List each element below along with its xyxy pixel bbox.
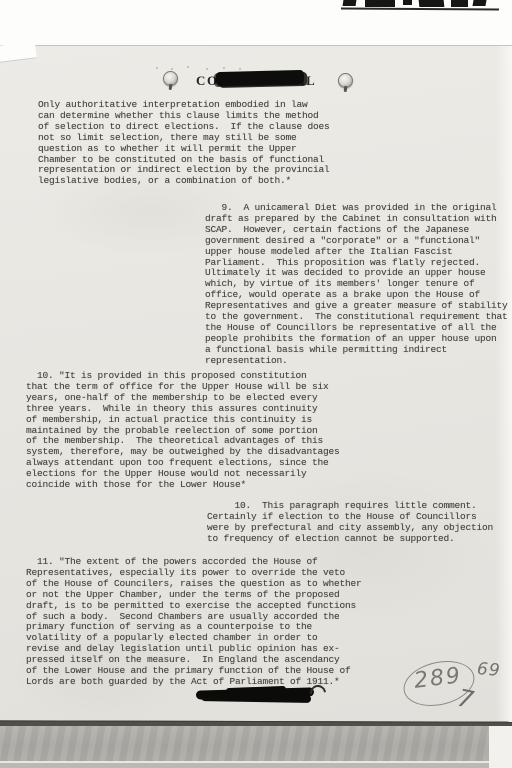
confidential-stamp-top: CONFIDENTIAL	[196, 72, 322, 88]
marker-stroke	[419, 0, 445, 7]
scanned-document-page: CONFIDENTIAL Only authoritative interpre…	[0, 0, 512, 768]
fastener-brad-icon	[338, 73, 353, 88]
cropped-header-mark	[341, 0, 499, 11]
marker-stroke	[451, 0, 468, 7]
scan-background-foot	[0, 763, 512, 768]
dust-speck	[223, 67, 225, 69]
scan-background-band	[0, 726, 512, 762]
fastener-brad-icon	[163, 71, 178, 86]
paragraph-11: 11. "The extent of the powers accorded t…	[26, 557, 362, 688]
paper-edge-highlight	[496, 46, 512, 723]
scan-background-corner	[489, 726, 512, 768]
marker-stroke	[403, 0, 412, 5]
paragraph-10-comment: 10. This paragraph requires little comme…	[207, 501, 493, 545]
marker-underline	[341, 7, 499, 10]
dust-speck	[206, 68, 208, 70]
pencil-number-69: 69	[476, 659, 501, 681]
paragraph-9: 9. A unicameral Diet was provided in the…	[205, 203, 508, 367]
marker-stroke	[343, 0, 357, 6]
redaction-marker	[201, 693, 311, 703]
dust-speck	[239, 68, 241, 70]
dust-speck	[187, 66, 189, 68]
confidential-stamp-bottom-redacted	[196, 687, 320, 705]
dust-speck	[156, 67, 158, 69]
paragraph-10: 10. "It is provided in this proposed con…	[26, 371, 340, 491]
paragraph-intro: Only authoritative interpretation embodi…	[38, 100, 330, 187]
dust-speck	[171, 68, 173, 70]
marker-stroke	[365, 0, 395, 7]
redaction-marker	[216, 70, 304, 86]
marker-stroke	[472, 0, 486, 6]
